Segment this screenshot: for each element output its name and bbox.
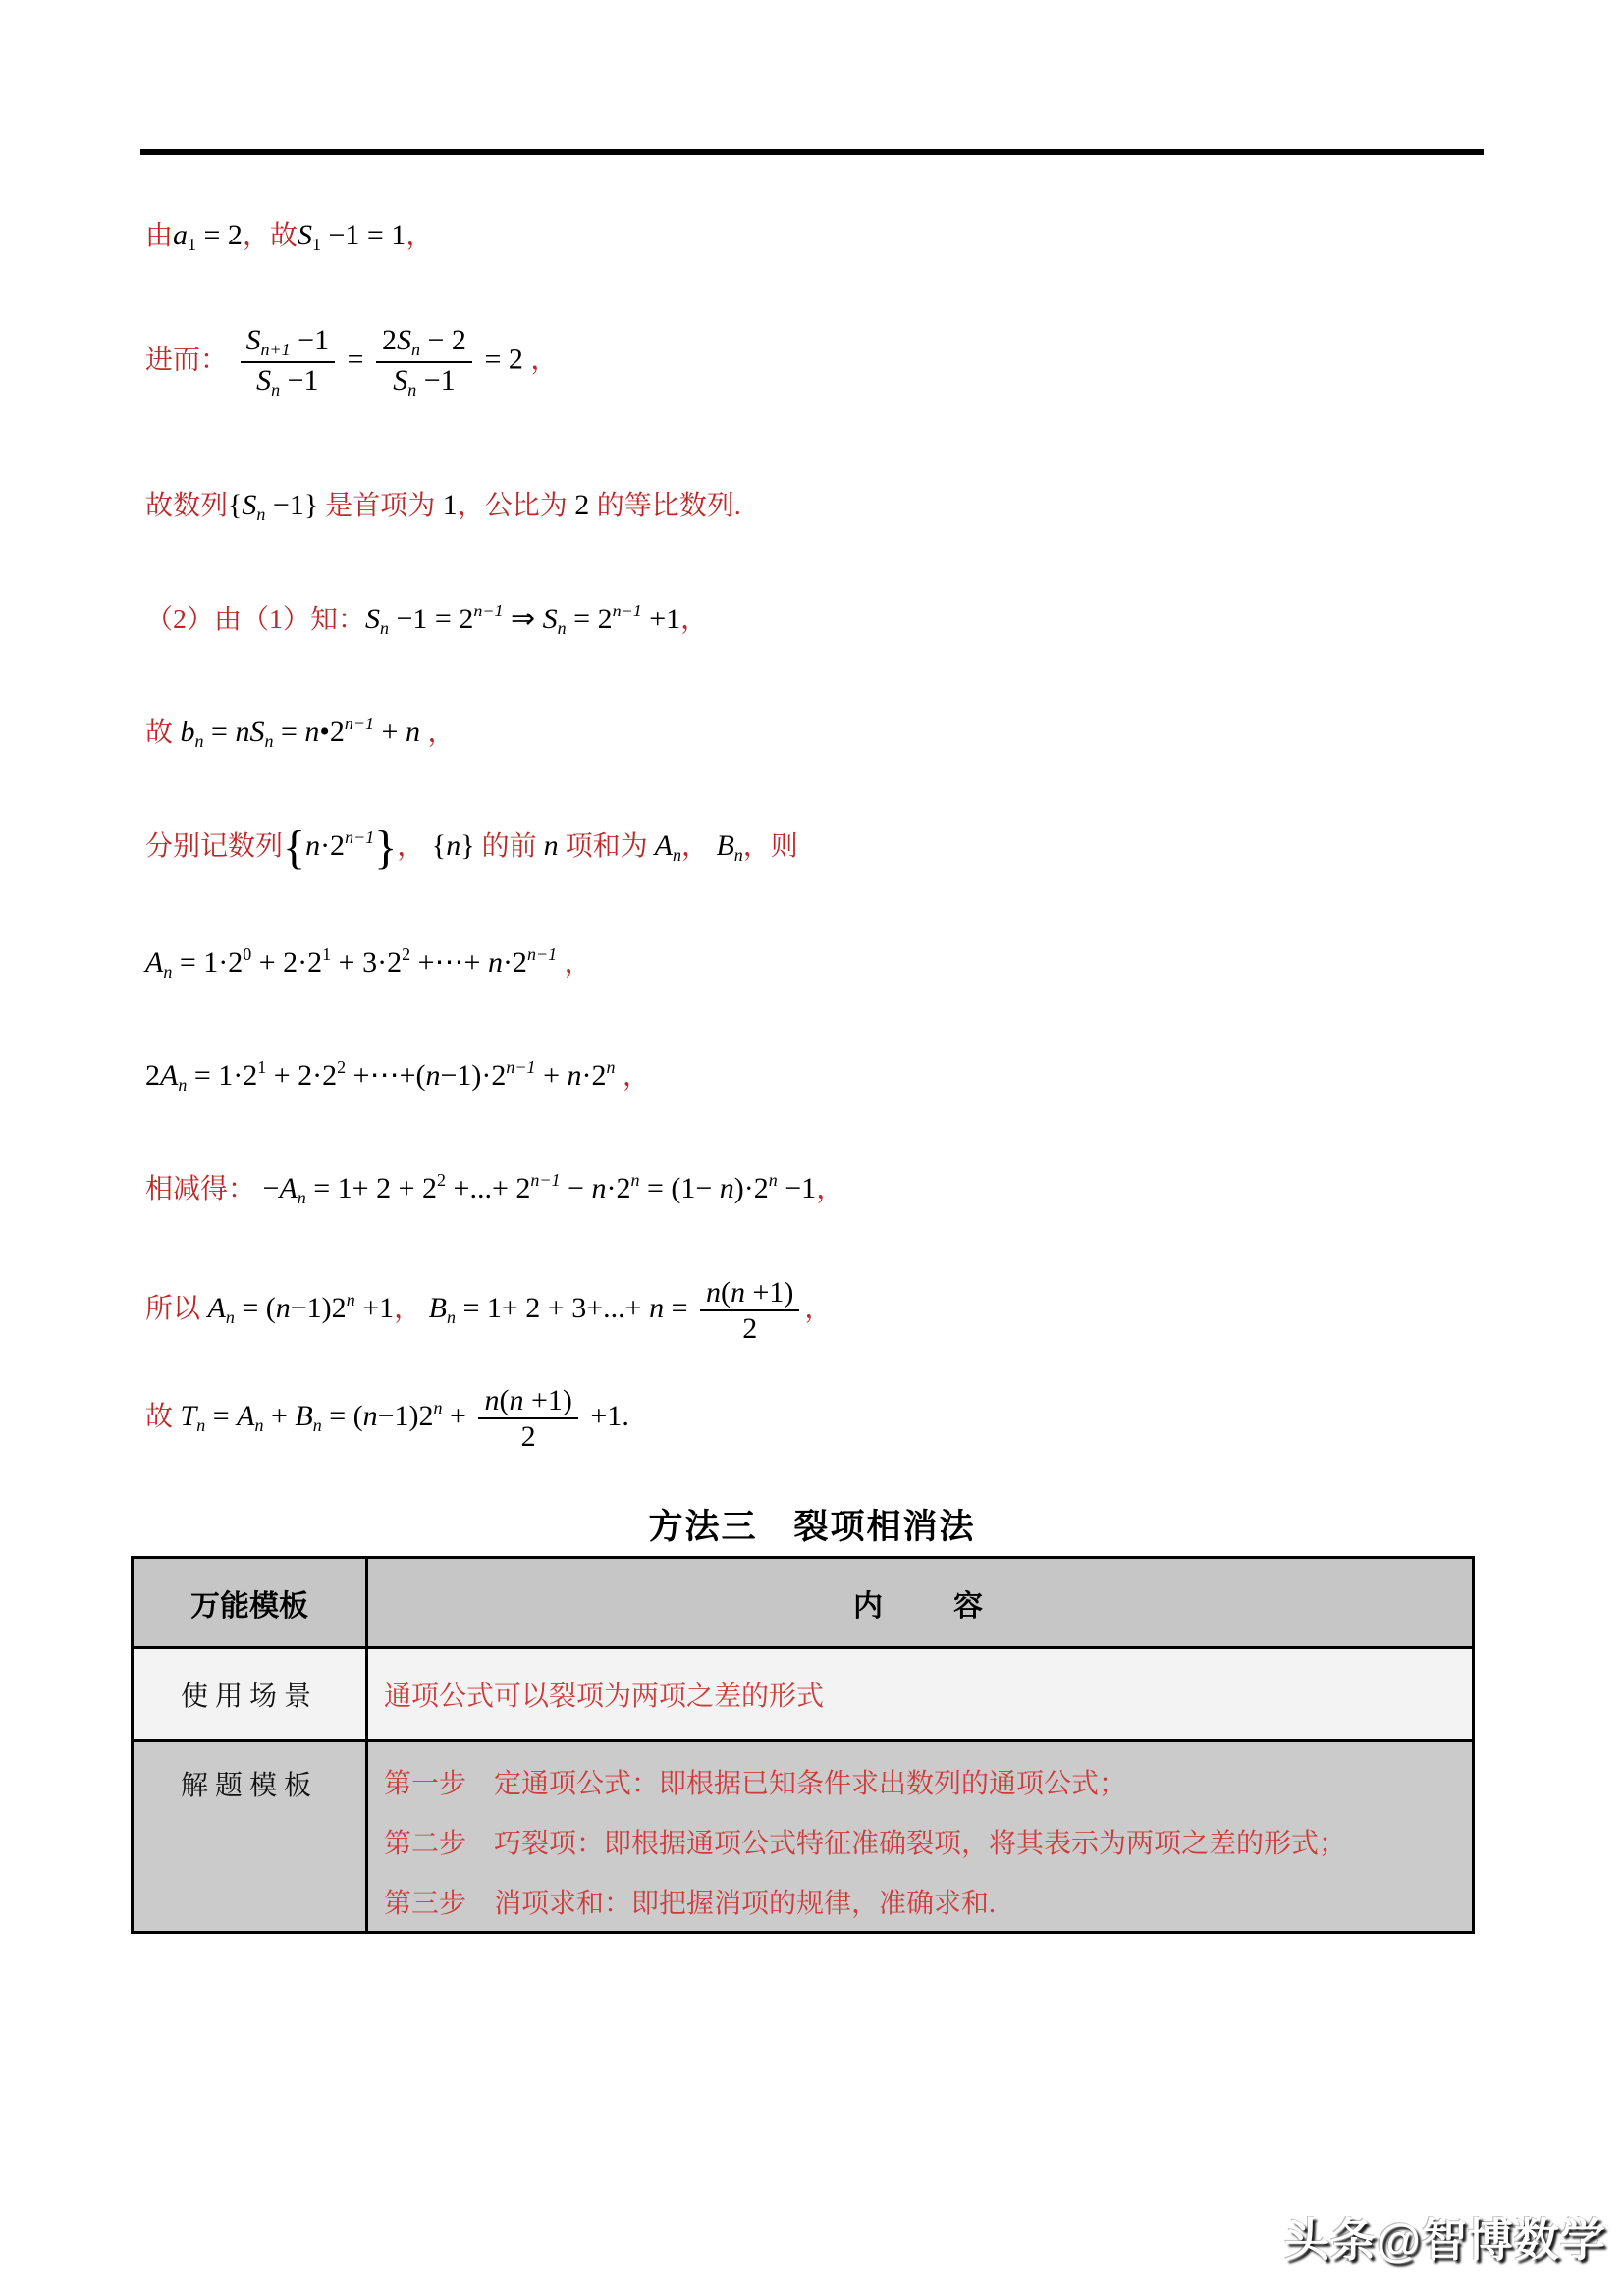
formula-line-6: 分别记数列{n·2n−1}， {n} 的前 n 项和为 An， Bn，则	[145, 825, 798, 872]
formula-line-11: 故 Tn = An + Bn = (n−1)2n + n(n +1)2 +1.	[145, 1384, 629, 1453]
table-header-row: 万能模板 内 容	[134, 1559, 1472, 1649]
formula-line-3: 故数列{Sn −1} 是首项为 1，公比为 2 的等比数列.	[145, 487, 741, 526]
usage-label: 使用场景	[134, 1649, 368, 1739]
table-header-template-col: 万能模板	[134, 1559, 368, 1646]
template-steps: 第一步 定通项公式：即根据已知条件求出数列的通项公式； 第二步 巧裂项：即根据通…	[368, 1742, 1472, 1931]
template-label: 解题模板	[134, 1742, 368, 1931]
template-step-3: 第三步 消项求和：即把握消项的规律，准确求和.	[384, 1871, 1472, 1931]
watermark: 头条@智博数学	[1284, 2205, 1606, 2269]
template-step-1: 第一步 定通项公式：即根据已知条件求出数列的通项公式；	[384, 1752, 1472, 1812]
table-row-template: 解题模板 第一步 定通项公式：即根据已知条件求出数列的通项公式； 第二步 巧裂项…	[134, 1742, 1472, 1931]
section-title: 方法三 裂项相消法	[0, 1500, 1624, 1549]
formula-line-10: 所以 An = (n−1)2n +1， Bn = 1+ 2 + 3+...+ n…	[145, 1276, 832, 1345]
formula-line-1: 由a1 = 2，故S1 −1 = 1，	[145, 217, 433, 256]
document-page: 由a1 = 2，故S1 −1 = 1， 进而： Sn+1 −1Sn −1 = 2…	[0, 0, 1624, 2296]
formula-line-9: 相减得： −An = 1+ 2 + 22 +...+ 2n−1 − n·2n =…	[145, 1169, 843, 1209]
formula-line-4: （2）由（1）知：Sn −1 = 2n−1 ⇒ Sn = 2n−1 +1，	[145, 600, 708, 640]
table-row-usage: 使用场景 通项公式可以裂项为两项之差的形式	[134, 1649, 1472, 1742]
template-step-2: 第二步 巧裂项：即根据通项公式特征准确裂项，将其表示为两项之差的形式；	[384, 1812, 1472, 1872]
usage-content: 通项公式可以裂项为两项之差的形式	[368, 1649, 1472, 1739]
table-header-content-col: 内 容	[368, 1559, 1472, 1646]
formula-line-2: 进而： Sn+1 −1Sn −1 = 2Sn − 2Sn −1 = 2 ，	[145, 324, 558, 400]
header-rule	[140, 149, 1484, 155]
method-table: 万能模板 内 容 使用场景 通项公式可以裂项为两项之差的形式 解题模板 第一步 …	[131, 1556, 1475, 1934]
formula-line-8: 2An = 1·21 + 2·22 +⋯+(n−1)·2n−1 + n·2n ，	[145, 1056, 650, 1096]
formula-line-7: An = 1·20 + 2·21 + 3·22 +⋯+ n·2n−1 ，	[145, 943, 592, 984]
formula-line-5: 故 bn = nSn = n•2n−1 + n ，	[145, 713, 455, 753]
